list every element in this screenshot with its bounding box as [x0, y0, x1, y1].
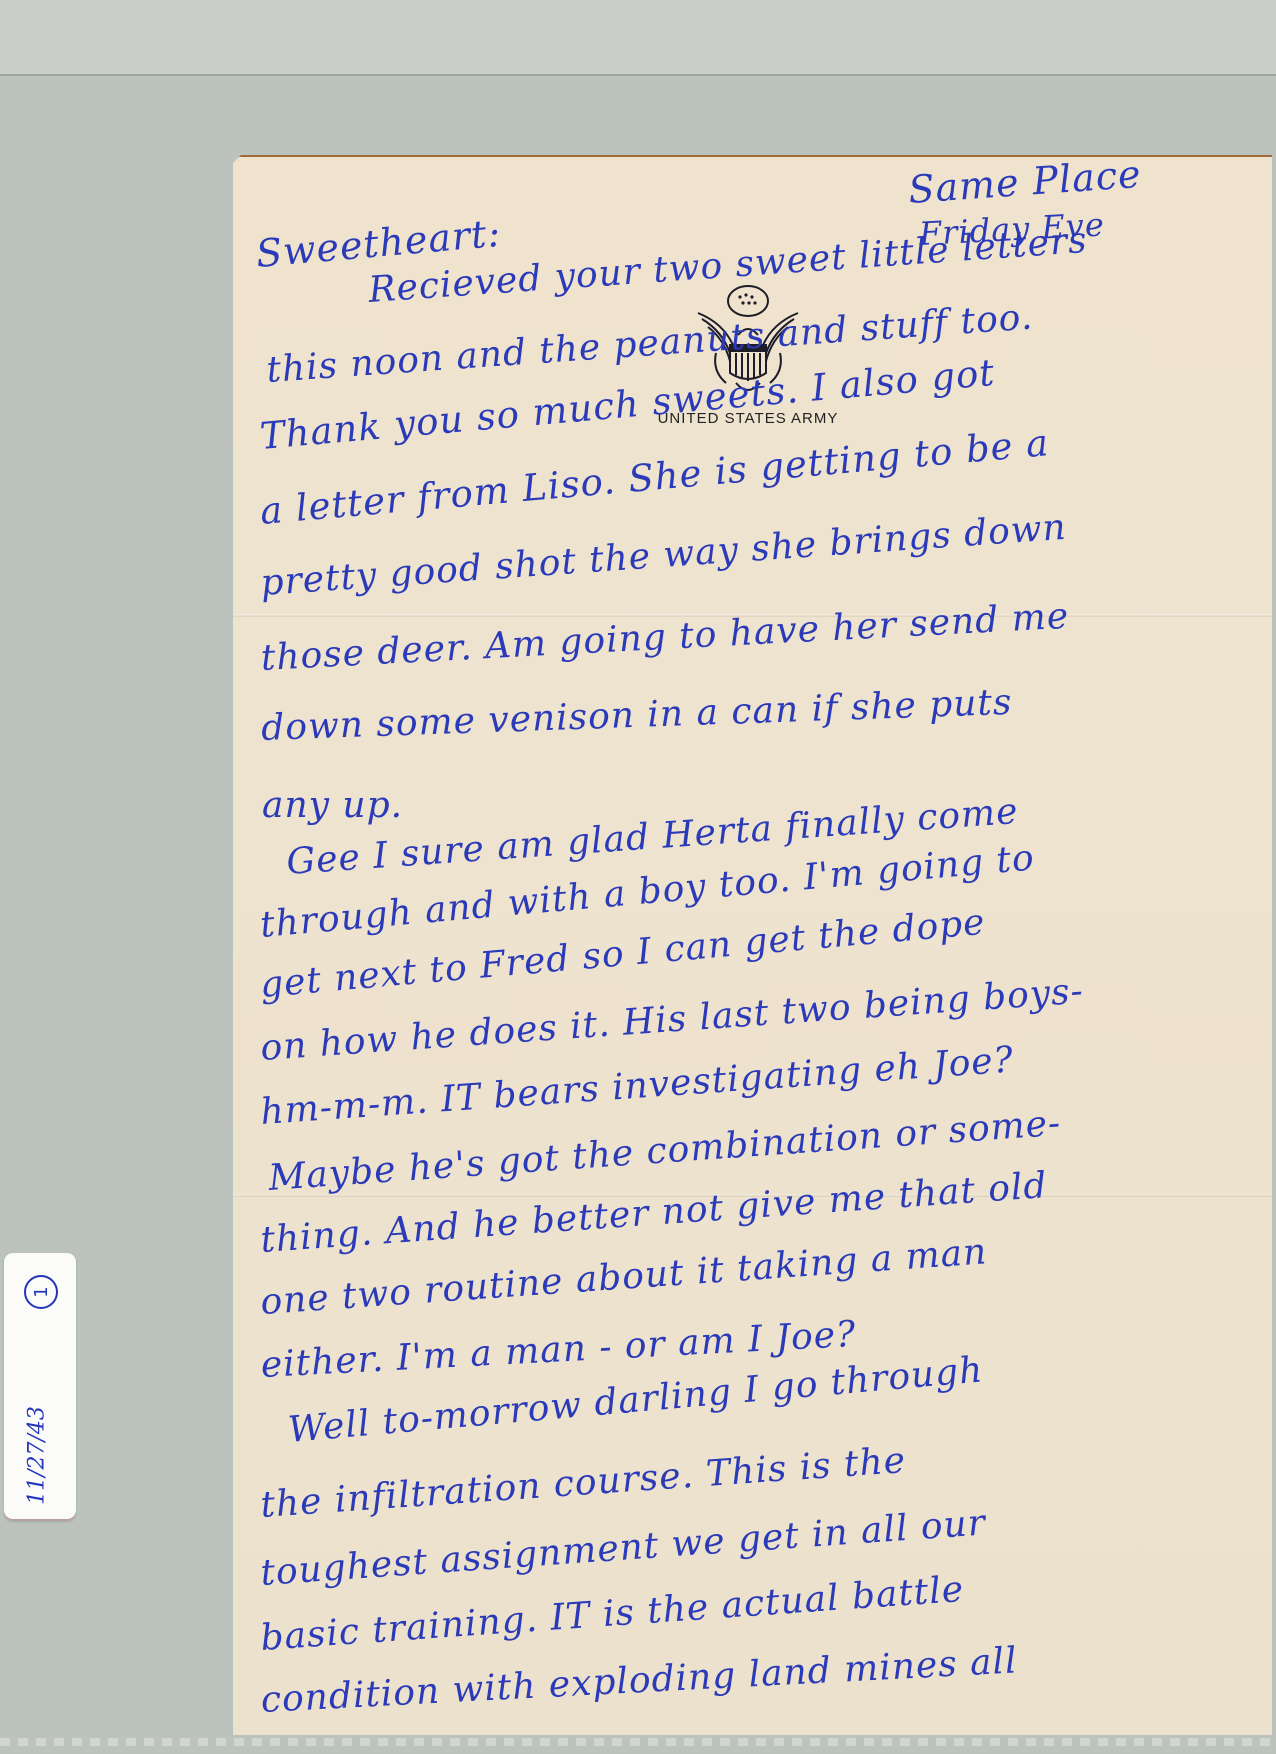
sleeve-top-edge — [0, 0, 1276, 76]
letter-line: any up. — [262, 785, 403, 826]
tag-page-number: 1 — [24, 1275, 58, 1309]
sleeve-perforation — [0, 1738, 1276, 1746]
tag-date: 11/27/43 — [25, 1401, 50, 1511]
archive-tag: 1 11/27/43 — [4, 1253, 76, 1521]
